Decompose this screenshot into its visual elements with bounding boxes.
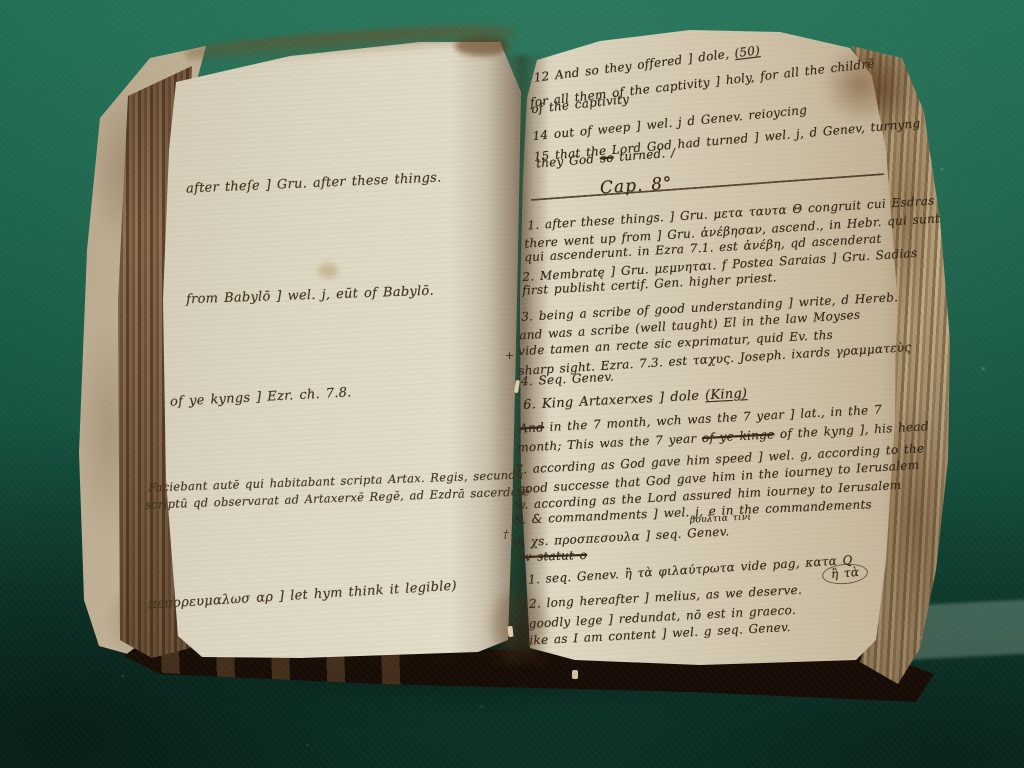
margin-dagger-mark: † bbox=[503, 528, 509, 541]
struck-text: And bbox=[519, 420, 545, 435]
circled-annotation: ἢ τὰ bbox=[821, 562, 869, 586]
struck-text: so bbox=[599, 150, 614, 165]
margin-cross-mark: + bbox=[505, 349, 514, 362]
underlined-text: (King) bbox=[705, 386, 748, 403]
photo-scene: after theſe ] Gru. after these things. f… bbox=[0, 0, 1024, 768]
circled-text: ἢ τὰ bbox=[821, 562, 869, 586]
struck-line: w statut o bbox=[521, 548, 588, 564]
sewing-thread bbox=[507, 626, 513, 637]
sewing-thread bbox=[572, 670, 578, 679]
